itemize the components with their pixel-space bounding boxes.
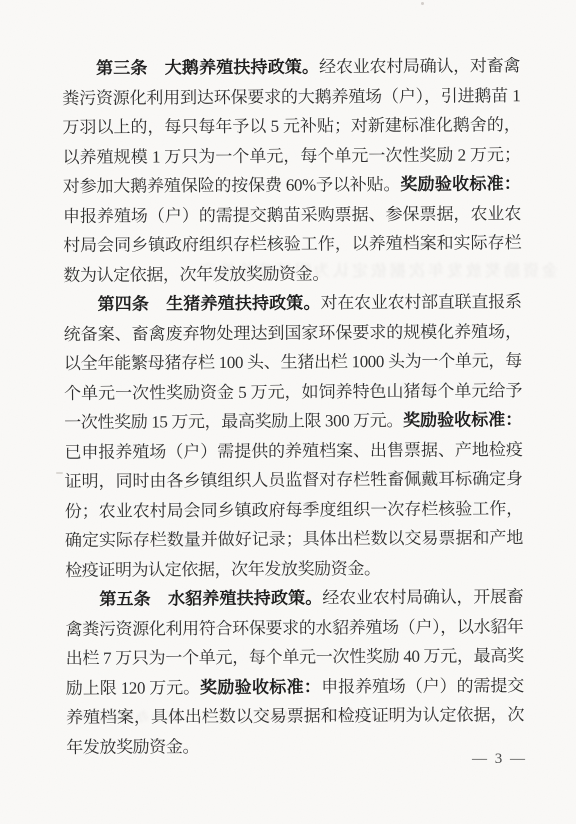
page-number: — 3 — — [472, 751, 527, 768]
scanned-document-page: 金资励奖放发年次据依定认为明证疫检地产 室公办府政民人 2023 年 6 月 2… — [0, 0, 576, 824]
bold-run: 第五条 水貂养殖扶持政策。 — [99, 588, 322, 608]
scan-speck — [421, 2, 424, 5]
scan-mark — [56, 472, 63, 474]
paragraph-article-5: 第五条 水貂养殖扶持政策。经农业农村局确认，开展畜禽粪污资源化利用符合环保要求的… — [65, 582, 524, 762]
paragraph-article-4: 第四条 生猪养殖扶持政策。对在农业农村部直联直报系统备案、畜禽废弃物处理达到国家… — [63, 287, 523, 585]
text-run: 已申报养殖场（户）需提供的养殖档案、出售票据、产地检疫证明，同时由各乡镇组织人员… — [64, 440, 523, 580]
bold-run: 奖励验收标准： — [400, 174, 521, 194]
bold-run: 第四条 生猪养殖扶持政策。 — [97, 293, 320, 313]
bold-run: 奖励验收标准： — [403, 410, 522, 430]
paragraph-article-3: 第三条 大鹅养殖扶持政策。经农业农村局确认，对畜禽粪污资源化利用到达环保要求的大… — [62, 51, 521, 290]
document-body: 第三条 大鹅养殖扶持政策。经农业农村局确认，对畜禽粪污资源化利用到达环保要求的大… — [62, 51, 524, 762]
bold-run: 奖励验收标准： — [200, 677, 321, 697]
text-run: 申报养殖场（户）的需提交鹅苗采购票据、参保票据，农业农村局会同乡镇政府组织存栏核… — [63, 204, 521, 285]
bold-run: 第三条 大鹅养殖扶持政策。 — [96, 57, 319, 77]
